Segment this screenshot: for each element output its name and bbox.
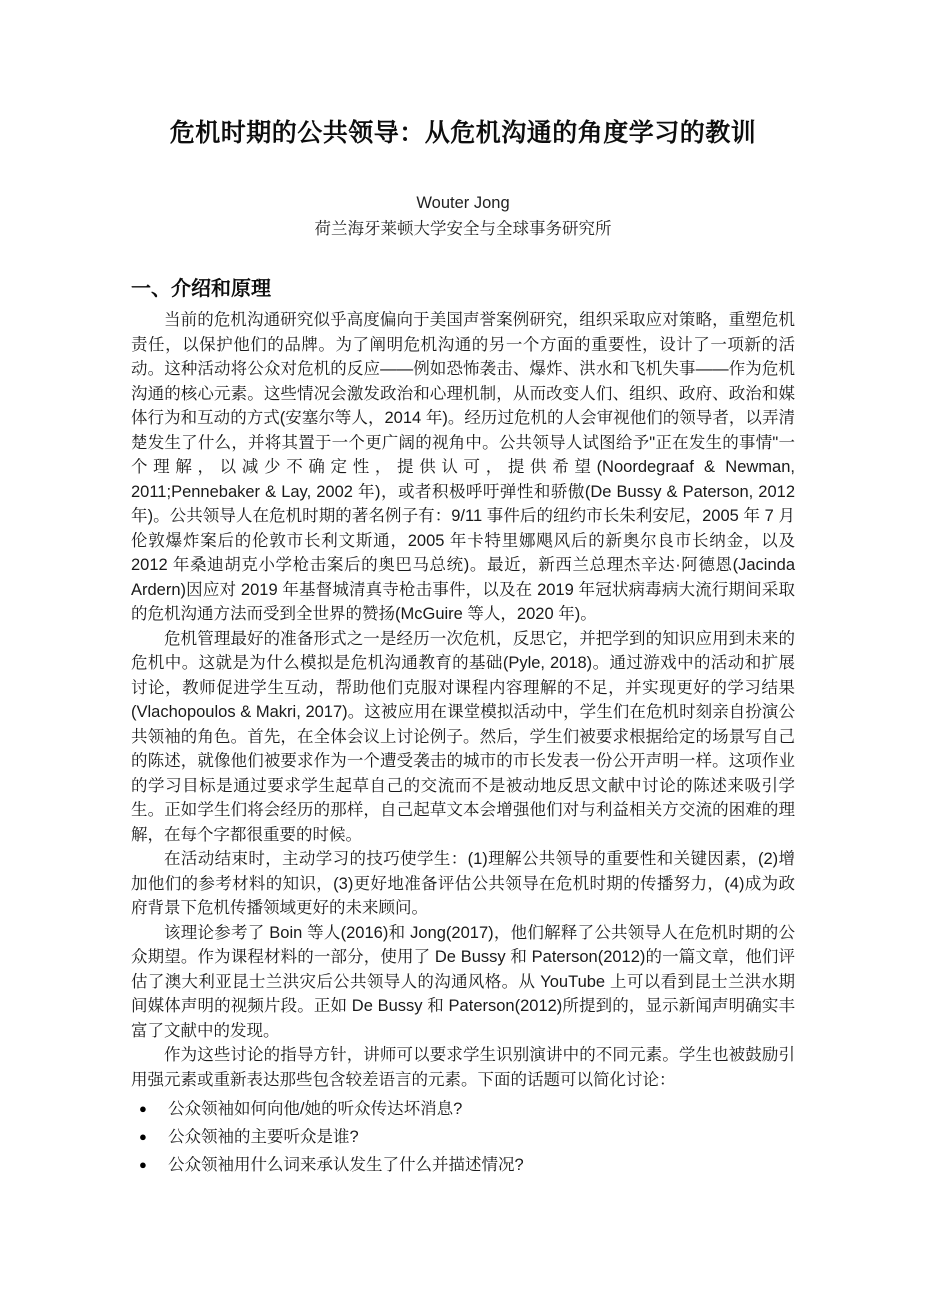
- author-affiliation: 荷兰海牙莱顿大学安全与全球事务研究所: [131, 217, 795, 242]
- document-title: 危机时期的公共领导：从危机沟通的角度学习的教训: [131, 117, 795, 150]
- paragraph-4: 该理论参考了 Boin 等人(2016)和 Jong(2017)，他们解释了公共…: [131, 921, 795, 1044]
- paragraph-3: 在活动结束时，主动学习的技巧使学生：(1)理解公共领导的重要性和关键因素，(2)…: [131, 847, 795, 921]
- bullet-text: 公众领袖的主要听众是谁?: [168, 1123, 795, 1151]
- section-heading: 一、介绍和原理: [131, 275, 795, 303]
- bullet-text: 公众领袖如何向他/她的听众传达坏消息?: [168, 1095, 795, 1123]
- list-item: ● 公众领袖的主要听众是谁?: [131, 1123, 795, 1151]
- bullet-icon: ●: [131, 1123, 168, 1151]
- list-item: ● 公众领袖如何向他/她的听众传达坏消息?: [131, 1095, 795, 1123]
- discussion-topics-list: ● 公众领袖如何向他/她的听众传达坏消息? ● 公众领袖的主要听众是谁? ● 公…: [131, 1095, 795, 1179]
- paragraph-5: 作为这些讨论的指导方针，讲师可以要求学生识别演讲中的不同元素。学生也被鼓励引用强…: [131, 1043, 795, 1092]
- list-item: ● 公众领袖用什么词来承认发生了什么并描述情况?: [131, 1151, 795, 1179]
- bullet-icon: ●: [131, 1095, 168, 1123]
- author-name: Wouter Jong: [131, 191, 795, 216]
- paragraph-1: 当前的危机沟通研究似乎高度偏向于美国声誉案例研究，组织采取应对策略，重塑危机责任…: [131, 308, 795, 627]
- bullet-icon: ●: [131, 1151, 168, 1179]
- document-page: 危机时期的公共领导：从危机沟通的角度学习的教训 Wouter Jong 荷兰海牙…: [0, 0, 926, 1309]
- section-body: 当前的危机沟通研究似乎高度偏向于美国声誉案例研究，组织采取应对策略，重塑危机责任…: [131, 308, 795, 1092]
- paragraph-2: 危机管理最好的准备形式之一是经历一次危机，反思它，并把学到的知识应用到未来的危机…: [131, 627, 795, 848]
- bullet-text: 公众领袖用什么词来承认发生了什么并描述情况?: [168, 1151, 795, 1179]
